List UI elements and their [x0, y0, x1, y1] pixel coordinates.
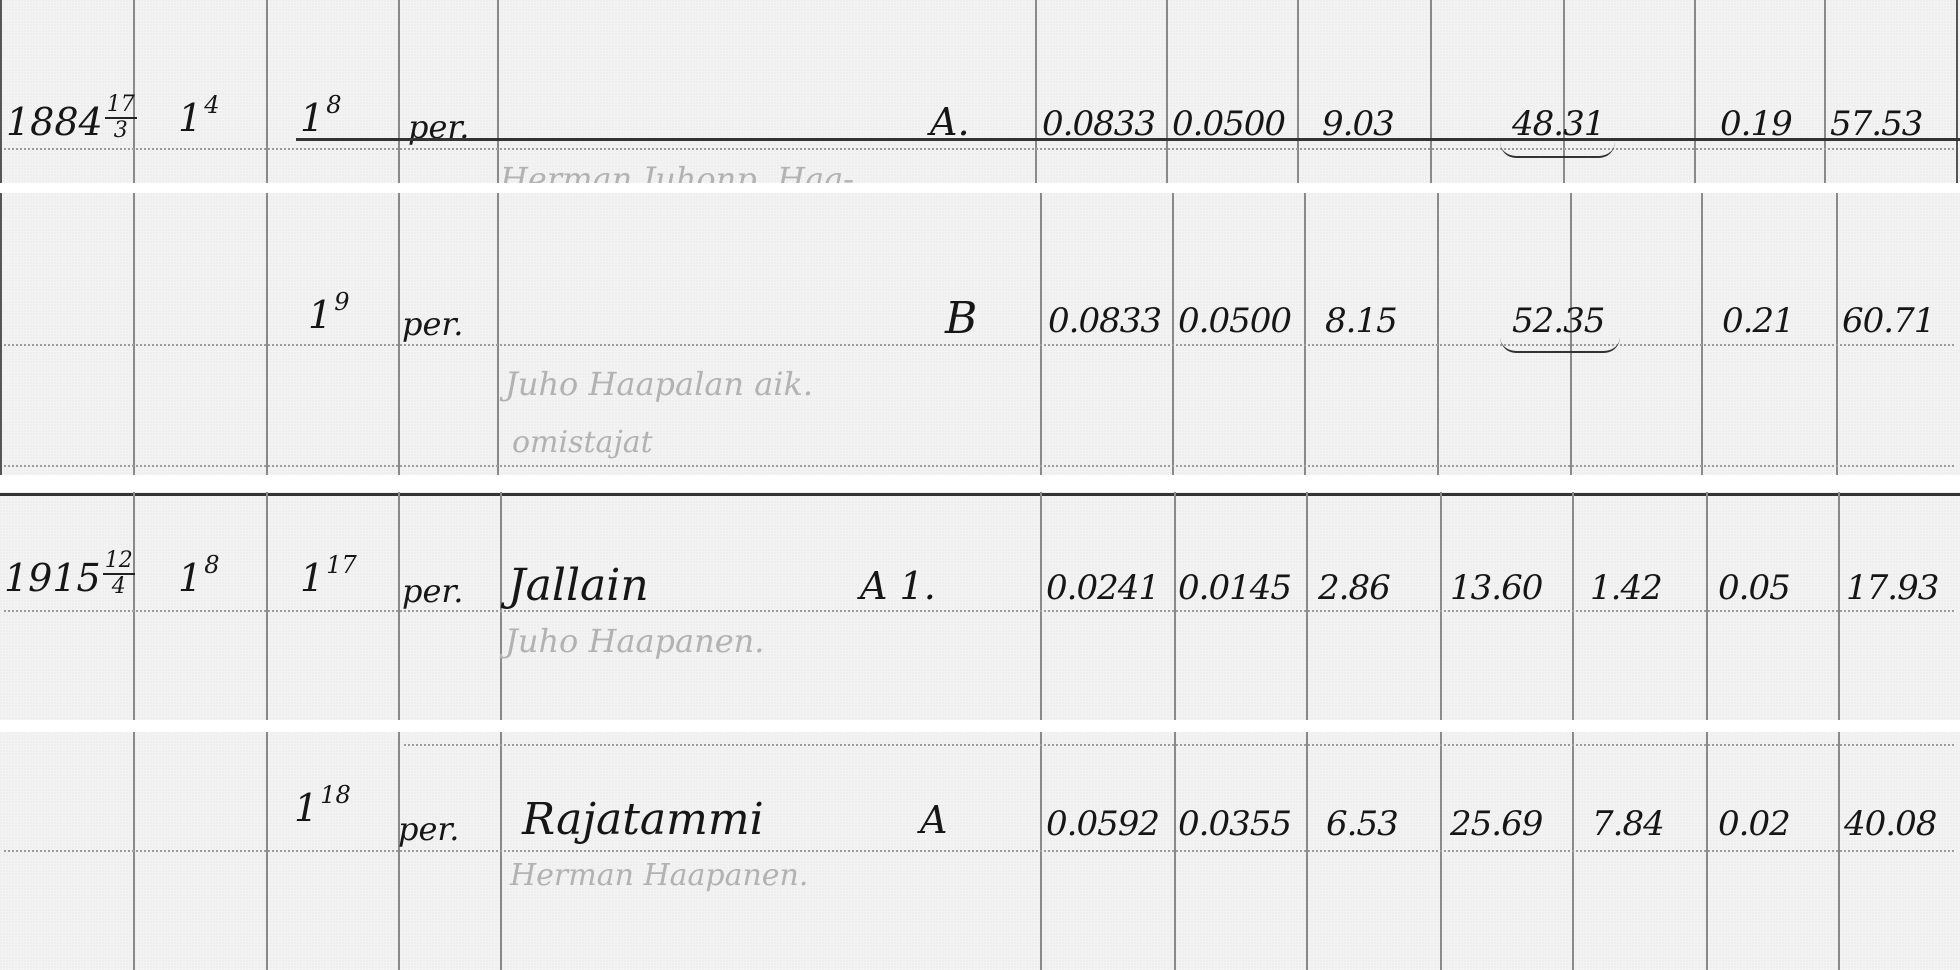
column-rule — [1174, 492, 1176, 720]
bracket-mark — [1500, 337, 1620, 353]
column-rule — [1035, 0, 1037, 183]
dotted-baseline — [4, 344, 1954, 346]
column-rule — [266, 492, 268, 720]
value-col-3: 8.15 — [1325, 301, 1397, 341]
column-rule — [1706, 492, 1708, 720]
value-col-5: 7.84 — [1592, 804, 1664, 844]
column-rule — [1824, 0, 1826, 183]
owner-pencil-note: Juho Haapanen. — [505, 622, 764, 660]
dotted-baseline — [4, 850, 1954, 852]
value-col-2: 0.0145 — [1178, 568, 1291, 608]
value-col-6: 0.21 — [1722, 301, 1794, 341]
owner-pencil-note: Herman Juhonp. Haa- — [500, 160, 854, 183]
column-rule — [497, 193, 499, 475]
column-rule — [497, 0, 499, 183]
value-col-7: 60.71 — [1842, 301, 1934, 341]
entry-unit: per. — [402, 305, 463, 343]
owner-pencil-note-line2: omistajat — [512, 425, 653, 460]
value-col-3: 2.86 — [1318, 568, 1390, 608]
value-col-6: 0.05 — [1718, 568, 1790, 608]
column-rule — [1956, 0, 1958, 183]
dotted-baseline — [4, 148, 1954, 150]
date-fraction: 173 — [105, 93, 137, 143]
column-rule — [1040, 492, 1042, 720]
column-rule — [398, 492, 400, 720]
ledger-band-3: 1915124 18 117 per. Jallain A 1. Juho Ha… — [0, 492, 1960, 720]
entry-col2: 14 — [178, 96, 219, 140]
ledger-band-4: 118 per. Rajatammi A Herman Haapanen. 0.… — [0, 732, 1960, 970]
column-rule — [1572, 492, 1574, 720]
value-col-3: 6.53 — [1326, 804, 1398, 844]
entry-col2: 18 — [178, 556, 219, 600]
entry-unit: per. — [398, 810, 459, 848]
date-year: 1884 — [6, 100, 103, 144]
section-divider — [0, 493, 1960, 496]
column-rule — [1304, 193, 1306, 475]
column-rule — [1836, 193, 1838, 475]
entry-parcel: 18 — [300, 96, 341, 140]
bracket-mark — [1500, 142, 1615, 158]
column-rule — [1838, 492, 1840, 720]
entry-parcel: 117 — [300, 556, 357, 600]
entry-date: 1915124 — [4, 556, 135, 607]
entry-name: Jallain — [508, 560, 649, 611]
entry-parcel: 118 — [294, 786, 351, 830]
column-rule — [1040, 193, 1042, 475]
entry-name: Rajatammi — [522, 794, 764, 845]
column-rule — [1172, 193, 1174, 475]
column-rule — [1297, 0, 1299, 183]
entry-mark: A 1. — [860, 564, 936, 608]
column-rule — [266, 193, 268, 475]
column-rule — [1430, 0, 1432, 183]
value-col-1: 0.0592 — [1046, 804, 1159, 844]
value-col-4: 52.35 — [1512, 301, 1604, 341]
column-rule — [1694, 0, 1696, 183]
column-rule — [133, 193, 135, 475]
column-rule — [398, 193, 400, 475]
entry-mark: A — [920, 798, 947, 842]
column-rule — [266, 0, 268, 183]
date-year: 1915 — [4, 556, 101, 600]
column-rule — [0, 0, 2, 183]
entry-unit: per. — [402, 572, 463, 610]
value-col-2: 0.0355 — [1178, 804, 1291, 844]
value-col-6: 0.02 — [1718, 804, 1790, 844]
value-col-4: 25.69 — [1450, 804, 1542, 844]
value-col-2: 0.0500 — [1178, 301, 1291, 341]
value-col-5: 1.42 — [1590, 568, 1662, 608]
strikethrough-line — [296, 138, 1960, 141]
entry-mark: B — [945, 293, 977, 344]
value-col-7: 40.08 — [1844, 804, 1936, 844]
column-rule — [1701, 193, 1703, 475]
date-fraction: 124 — [103, 549, 135, 599]
value-col-1: 0.0833 — [1048, 301, 1161, 341]
value-col-7: 17.93 — [1846, 568, 1938, 608]
owner-pencil-note: Juho Haapalan aik. — [505, 365, 813, 403]
dotted-baseline — [404, 744, 1954, 746]
column-rule — [0, 193, 2, 475]
value-col-1: 0.0241 — [1046, 568, 1159, 608]
entry-date: 1884173 — [6, 100, 137, 151]
column-rule — [500, 492, 502, 720]
column-rule — [1437, 193, 1439, 475]
ledger-band-2: 19 per. B Juho Haapalan aik. omistajat 0… — [0, 193, 1960, 475]
column-rule — [1440, 492, 1442, 720]
column-rule — [398, 0, 400, 183]
column-rule — [1166, 0, 1168, 183]
value-col-4: 13.60 — [1450, 568, 1542, 608]
column-rule — [1306, 492, 1308, 720]
owner-pencil-note: Herman Haapanen. — [510, 858, 808, 893]
dotted-baseline — [4, 465, 1954, 467]
dotted-baseline — [4, 610, 1954, 612]
entry-parcel: 19 — [308, 293, 349, 337]
ledger-band-1: 1884173 14 18 per. A. Herman Juhonp. Haa… — [0, 0, 1960, 183]
